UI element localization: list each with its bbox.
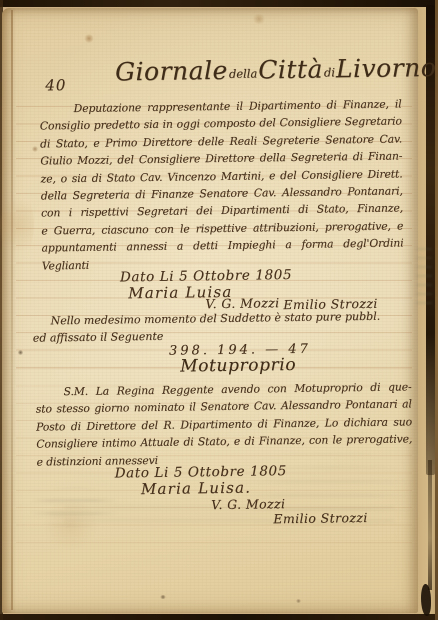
title-word: Livorno xyxy=(336,53,437,83)
page-number: 40 xyxy=(45,76,66,94)
publication-note-line: Nello medesimo momento del Suddetto è st… xyxy=(50,310,380,328)
title-word-small: di xyxy=(324,65,335,79)
publication-note-line: ed affissato il Seguente xyxy=(33,330,164,345)
journal-title: GiornaledellaCittàdiLivorno xyxy=(115,53,437,86)
title-word-small: della xyxy=(229,66,258,80)
motuproprio-heading: Motuproprio xyxy=(180,355,296,377)
royal-signature: Maria Luisa. xyxy=(141,479,251,499)
title-word: Giornale xyxy=(115,56,228,87)
minister-signature: V. G. Mozzi xyxy=(205,295,279,311)
decree1-paragraph: Deputazione rappresentante il Dipartimen… xyxy=(39,95,403,274)
manuscript-content: 40 GiornaledellaCittàdiLivorno Deputazio… xyxy=(0,0,438,620)
minister-signature: V. G. Mozzi xyxy=(211,496,285,512)
secretary-signature: Emilio Strozzi xyxy=(273,510,368,526)
title-word: Città xyxy=(258,55,323,85)
decree2-paragraph: S.M. La Regina Reggente avendo con Motup… xyxy=(35,378,412,470)
